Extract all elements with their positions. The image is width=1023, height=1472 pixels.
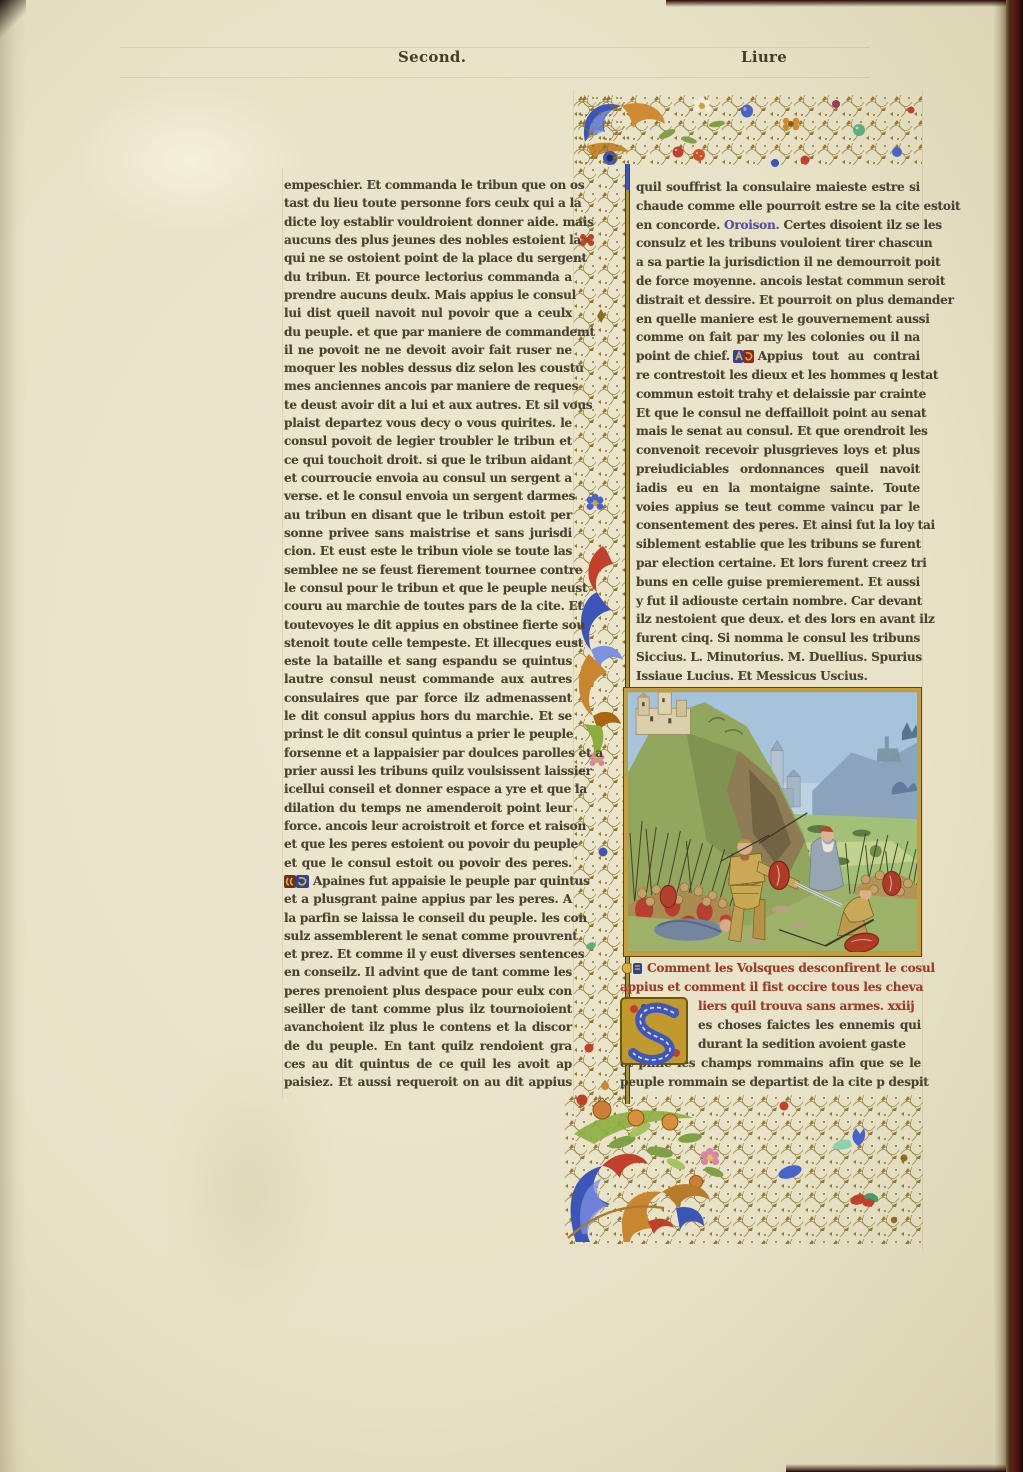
- text-line: en conseilz. Il advint que de tant comme…: [284, 963, 572, 981]
- text-line: Et que le consul ne deffailloit point au…: [636, 404, 920, 423]
- text-line: mais le senat au consul. Et que orendroi…: [636, 422, 920, 441]
- text-line: y fut il adiouste certain nombre. Car de…: [636, 592, 920, 611]
- left-text-column: empeschier. Et commanda le tribun que on…: [284, 176, 572, 1092]
- text-line: plaist departez vous decy o vous quirite…: [284, 414, 572, 432]
- text-line-group: et a plusgrant paine appius par les pere…: [284, 890, 572, 1091]
- text-line: prinst le dit consul quintus a prier le …: [284, 725, 572, 743]
- text-line: et prez. Et comme il y eust diverses sen…: [284, 945, 572, 963]
- text-line-group: consulz et les tribuns vouloient tirer c…: [636, 234, 920, 347]
- text-line-oroison: en concorde. Oroison. Certes disoient il…: [636, 216, 920, 235]
- text-line: convenoit recevoir plusgrieves loys et p…: [636, 441, 920, 460]
- text-line: a sa partie la jurisdiction il ne demour…: [636, 253, 920, 272]
- text-line: aucuns des plus jeunes des nobles estoie…: [284, 231, 572, 249]
- text-line: de du peuple. En tant quilz rendoient gr…: [284, 1037, 572, 1055]
- cover-edge-top: [666, 0, 1006, 7]
- ruling-line: [120, 77, 870, 78]
- text-line: et que les peres estoient ou povoir du p…: [284, 835, 572, 853]
- gutter-shadow: [0, 0, 26, 1472]
- text-line: et que le consul estoit ou povoir des pe…: [284, 854, 572, 872]
- text-line: seiller de tant comme plus ilz tournoioi…: [284, 1000, 572, 1018]
- text-line: consulz et les tribuns vouloient tirer c…: [636, 234, 920, 253]
- text-line: le consul pour le tribun et que le peupl…: [284, 579, 572, 597]
- text-line: chaude comme elle pourroit estre se la c…: [636, 197, 920, 216]
- text-line-group: quil souffrist la consulaire maieste est…: [636, 178, 920, 216]
- text-line: lui dist queil navoit nul povoir que a c…: [284, 304, 572, 322]
- text-line: tast du lieu toute personne fors ceulx q…: [284, 194, 572, 212]
- text-line: Issiaue Lucius. Et Messicus Uscius.: [636, 667, 920, 686]
- text-line: le dit consul appius hors du marchie. Et…: [284, 707, 572, 725]
- text-line: ilz nestoient que deux. et des lors en a…: [636, 610, 920, 629]
- text-line: en quelle maniere est le gouvernement au…: [636, 310, 920, 329]
- text-line: par election certaine. Et lors furent cr…: [636, 554, 920, 573]
- text-line: moquer les nobles dessus diz selon les c…: [284, 359, 572, 377]
- text-line: Apaines fut appaisie le peuple par quint…: [284, 872, 572, 890]
- battle-miniature: [624, 688, 921, 956]
- text-line: commun estoit trahy et delaissie par cra…: [636, 385, 920, 404]
- text-line: prendre aucuns deulx. Mais appius le con…: [284, 286, 572, 304]
- text-line: dilation du temps ne amenderoit point le…: [284, 799, 572, 817]
- text-line: qui ne se ostoient point de la place du …: [284, 249, 572, 267]
- rubric-line: liers quil trouva sans armes. xxiij: [698, 997, 921, 1016]
- text-line: avanchoient ilz plus le contens et la di…: [284, 1018, 572, 1036]
- text-line-text: point de chief.: [636, 347, 730, 366]
- text-line: ces au dit quintus de ce quil les avoit …: [284, 1055, 572, 1073]
- cover-edge-bottom: [786, 1464, 1006, 1472]
- oroison-rubric: Oroison.: [724, 218, 779, 232]
- text-line: semblee ne se feust fierement tournee co…: [284, 561, 572, 579]
- text-after-oroison: Certes disoient ilz se les: [780, 218, 942, 232]
- text-line: force. ancois leur acroistroit et force …: [284, 817, 572, 835]
- text-line: peres prenoient plus despace pour eulx c…: [284, 982, 572, 1000]
- text-line: cion. Et eust este le tribun viole se to…: [284, 542, 572, 560]
- text-line: ce qui touchoit droit. si que le tribun …: [284, 451, 572, 469]
- text-line: distrait et dessire. Et pourroit on plus…: [636, 291, 920, 310]
- text-line: quil souffrist la consulaire maieste est…: [636, 178, 920, 197]
- text-line: buns en celle guise premierement. Et aus…: [636, 573, 920, 592]
- binding-edge: [1006, 0, 1023, 1472]
- text-line: siblement establie que les tribuns se fu…: [636, 535, 920, 554]
- text-line: il ne povoit ne ne devoit avoir fait rus…: [284, 341, 572, 359]
- text-line: du peuple. et que par maniere de command…: [284, 323, 572, 341]
- text-line: point de chief. Appius tout au contrai: [636, 347, 920, 366]
- text-line-text: Appius tout au contrai: [758, 347, 920, 366]
- text-line: dicte loy establir vouldroient donner ai…: [284, 213, 572, 231]
- rubric-line: appius et comment il fist occire tous le…: [620, 978, 921, 997]
- text-line: sulz assemblerent le senat comme prouvre…: [284, 927, 572, 945]
- chapter-block: Comment les Volsques desconfirent le cos…: [620, 959, 921, 1092]
- text-line: peuple rommain se departist de la cite p…: [620, 1073, 921, 1092]
- bottom-border-ornament: [564, 1094, 925, 1244]
- ruling-line: [282, 168, 283, 1098]
- text-line: et a plusgrant paine appius par les pere…: [284, 890, 572, 908]
- text-line: este la bataille et sang espandu se quin…: [284, 652, 572, 670]
- text-line: verse. et le consul envoia un sergent da…: [284, 487, 572, 505]
- text-line: forsenne et a lappaisier par doulces par…: [284, 744, 572, 762]
- text-line: consulaires que par force ilz admenassen…: [284, 689, 572, 707]
- text-line: sonne privee sans maistrise et sans juri…: [284, 524, 572, 542]
- text-before-oroison: en concorde.: [636, 218, 724, 232]
- champ-paraph-initial: [284, 874, 310, 889]
- text-line: es choses faictes les ennemis qui: [698, 1016, 921, 1035]
- page-edges: [993, 0, 1006, 1472]
- text-line-group: empeschier. Et commanda le tribun que on…: [284, 176, 572, 872]
- text-line: et courroucie envoia au consul un sergen…: [284, 469, 572, 487]
- text-line-group: re contrestoit les dieux et les hommes q…: [636, 366, 920, 667]
- chapter-initial-s: [620, 997, 690, 1067]
- text-line: paisiez. Et aussi requeroit on au dit ap…: [284, 1073, 572, 1091]
- text-line: du tribun. Et pource lectorius commanda …: [284, 268, 572, 286]
- rubric-line: Comment les Volsques desconfirent le cos…: [620, 959, 921, 978]
- text-line: preiudiciables ordonnances queil navoit: [636, 460, 920, 479]
- text-line: mes anciennes ancois par maniere de requ…: [284, 377, 572, 395]
- text-line: couru au marchie de toutes pars de la ci…: [284, 597, 572, 615]
- rubric-text: Comment les Volsques desconfirent le cos…: [647, 959, 935, 978]
- text-line: au tribun en disant que le tribun estoit…: [284, 506, 572, 524]
- right-text-column: quil souffrist la consulaire maieste est…: [636, 178, 920, 686]
- manuscript-page: Second. Liure: [0, 0, 1023, 1472]
- battle-miniature-painting: [628, 692, 917, 952]
- text-line: furent cinq. Si nomma le consul les trib…: [636, 629, 920, 648]
- corner-shadow: [0, 0, 26, 40]
- text-line: voies appius se teut comme vaincu par le: [636, 498, 920, 517]
- text-line: prier aussi les tribuns quilz voulsissen…: [284, 762, 572, 780]
- text-line: de force moyenne. ancois lestat commun s…: [636, 272, 920, 291]
- text-line: stenoit toute celle tempeste. Et illecqu…: [284, 634, 572, 652]
- text-line: comme on fait par my les colonies ou il …: [636, 328, 920, 347]
- text-line-text: Apaines fut appaisie le peuple par quint…: [313, 872, 590, 890]
- text-line: durant la sedition avoient gaste: [698, 1035, 921, 1054]
- text-line: te deust avoir dit a lui et aux autres. …: [284, 396, 572, 414]
- text-line: lautre consul neust commande aux autres: [284, 670, 572, 688]
- paraph-mark: [620, 961, 644, 976]
- text-line: Siccius. L. Minutorius. M. Duellius. Spu…: [636, 648, 920, 667]
- champ-initial-a: [733, 349, 755, 364]
- text-line: empeschier. Et commanda le tribun que on…: [284, 176, 572, 194]
- text-line: consentement des peres. Et ainsi fut la …: [636, 516, 920, 535]
- text-line: iadis eu en la montaigne sainte. Toute: [636, 479, 920, 498]
- text-line: la parfin se laissa le conseil du peuple…: [284, 909, 572, 927]
- running-title-right: Liure: [741, 48, 787, 66]
- text-line: consul povoit de legier troubler le trib…: [284, 432, 572, 450]
- running-title-left: Second.: [398, 48, 466, 66]
- text-line: toutevoyes le dit appius en obstinee fie…: [284, 616, 572, 634]
- text-line: re contrestoit les dieux et les hommes q…: [636, 366, 920, 385]
- text-line: icellui conseil et donner espace a yre e…: [284, 780, 572, 798]
